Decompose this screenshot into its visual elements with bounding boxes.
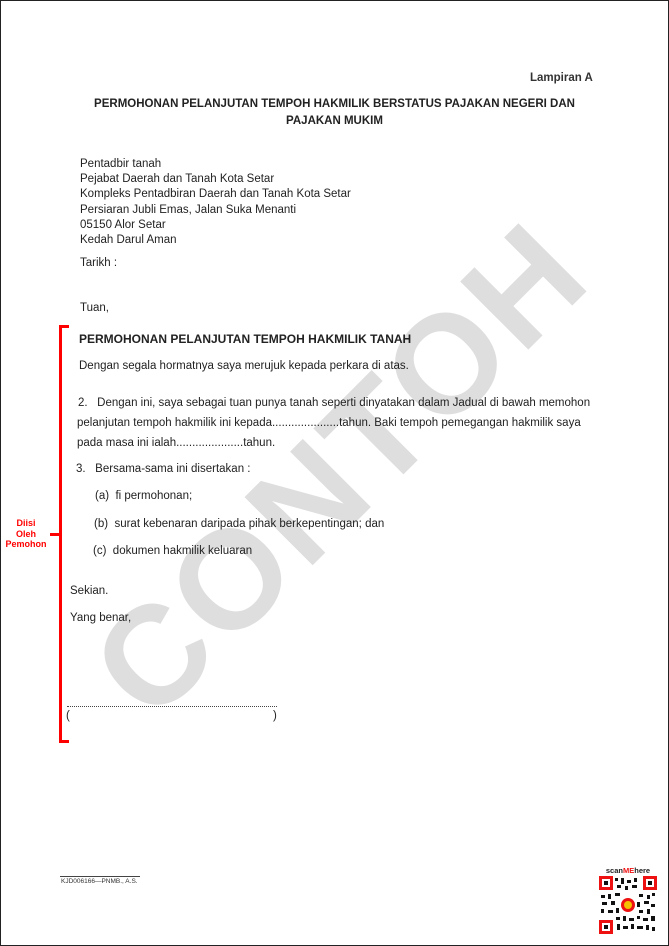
address-line: Kedah Darul Aman xyxy=(80,233,351,248)
signoff: Yang benar, xyxy=(70,612,131,624)
attachment-item: (c) dokumen hakmilik keluaran xyxy=(93,545,252,557)
paragraph-1: Dengan segala hormatnya saya merujuk kep… xyxy=(79,360,409,372)
qr-caption: scanMEhere xyxy=(598,866,658,875)
address-line: Pejabat Daerah dan Tanah Kota Setar xyxy=(80,172,351,187)
salutation: Tuan, xyxy=(80,302,109,314)
applicant-section-bracket xyxy=(59,325,69,743)
document-title-line-1: PERMOHONAN PELANJUTAN TEMPOH HAKMILIK BE… xyxy=(0,98,669,110)
address-line: Pentadbir tanah xyxy=(80,157,351,172)
address-line: 05150 Alor Setar xyxy=(80,218,351,233)
paragraph-2-line-1: 2. Dengan ini, saya sebagai tuan punya t… xyxy=(78,397,590,409)
signature-name-open: ( xyxy=(66,710,70,722)
paragraph-3: 3. Bersama-sama ini disertakan : xyxy=(76,463,251,475)
annex-label: Lampiran A xyxy=(530,72,593,84)
footer-rule xyxy=(60,876,140,877)
applicant-fill-annotation: Diisi Oleh Pemohon xyxy=(3,518,49,550)
attachment-item: (b) surat kebenaran daripada pihak berke… xyxy=(94,518,384,530)
footer-code: KJD006166—PNMB., A.S. xyxy=(61,878,138,885)
paragraph-2-line-3: pada masa ini ialah.....................… xyxy=(77,437,275,449)
address-line: Persiaran Jubli Emas, Jalan Suka Menanti xyxy=(80,203,351,218)
qr-code-icon[interactable] xyxy=(599,876,657,934)
recipient-address: Pentadbir tanah Pejabat Daerah dan Tanah… xyxy=(80,157,351,248)
subject-heading: PERMOHONAN PELANJUTAN TEMPOH HAKMILIK TA… xyxy=(79,332,411,346)
document-title-line-2: PAJAKAN MUKIM xyxy=(0,115,669,127)
address-line: Kompleks Pentadbiran Daerah dan Tanah Ko… xyxy=(80,187,351,202)
signature-line xyxy=(67,706,277,707)
attachment-item: (a) fi permohonan; xyxy=(95,490,192,502)
qr-block: scanMEhere xyxy=(598,866,658,934)
bracket-pointer xyxy=(50,533,60,536)
signature-name-close: ) xyxy=(273,710,277,722)
paragraph-2-line-2: pelanjutan tempoh hakmilik ini kepada...… xyxy=(77,417,581,429)
date-label: Tarikh : xyxy=(80,257,117,269)
closing: Sekian. xyxy=(70,585,108,597)
